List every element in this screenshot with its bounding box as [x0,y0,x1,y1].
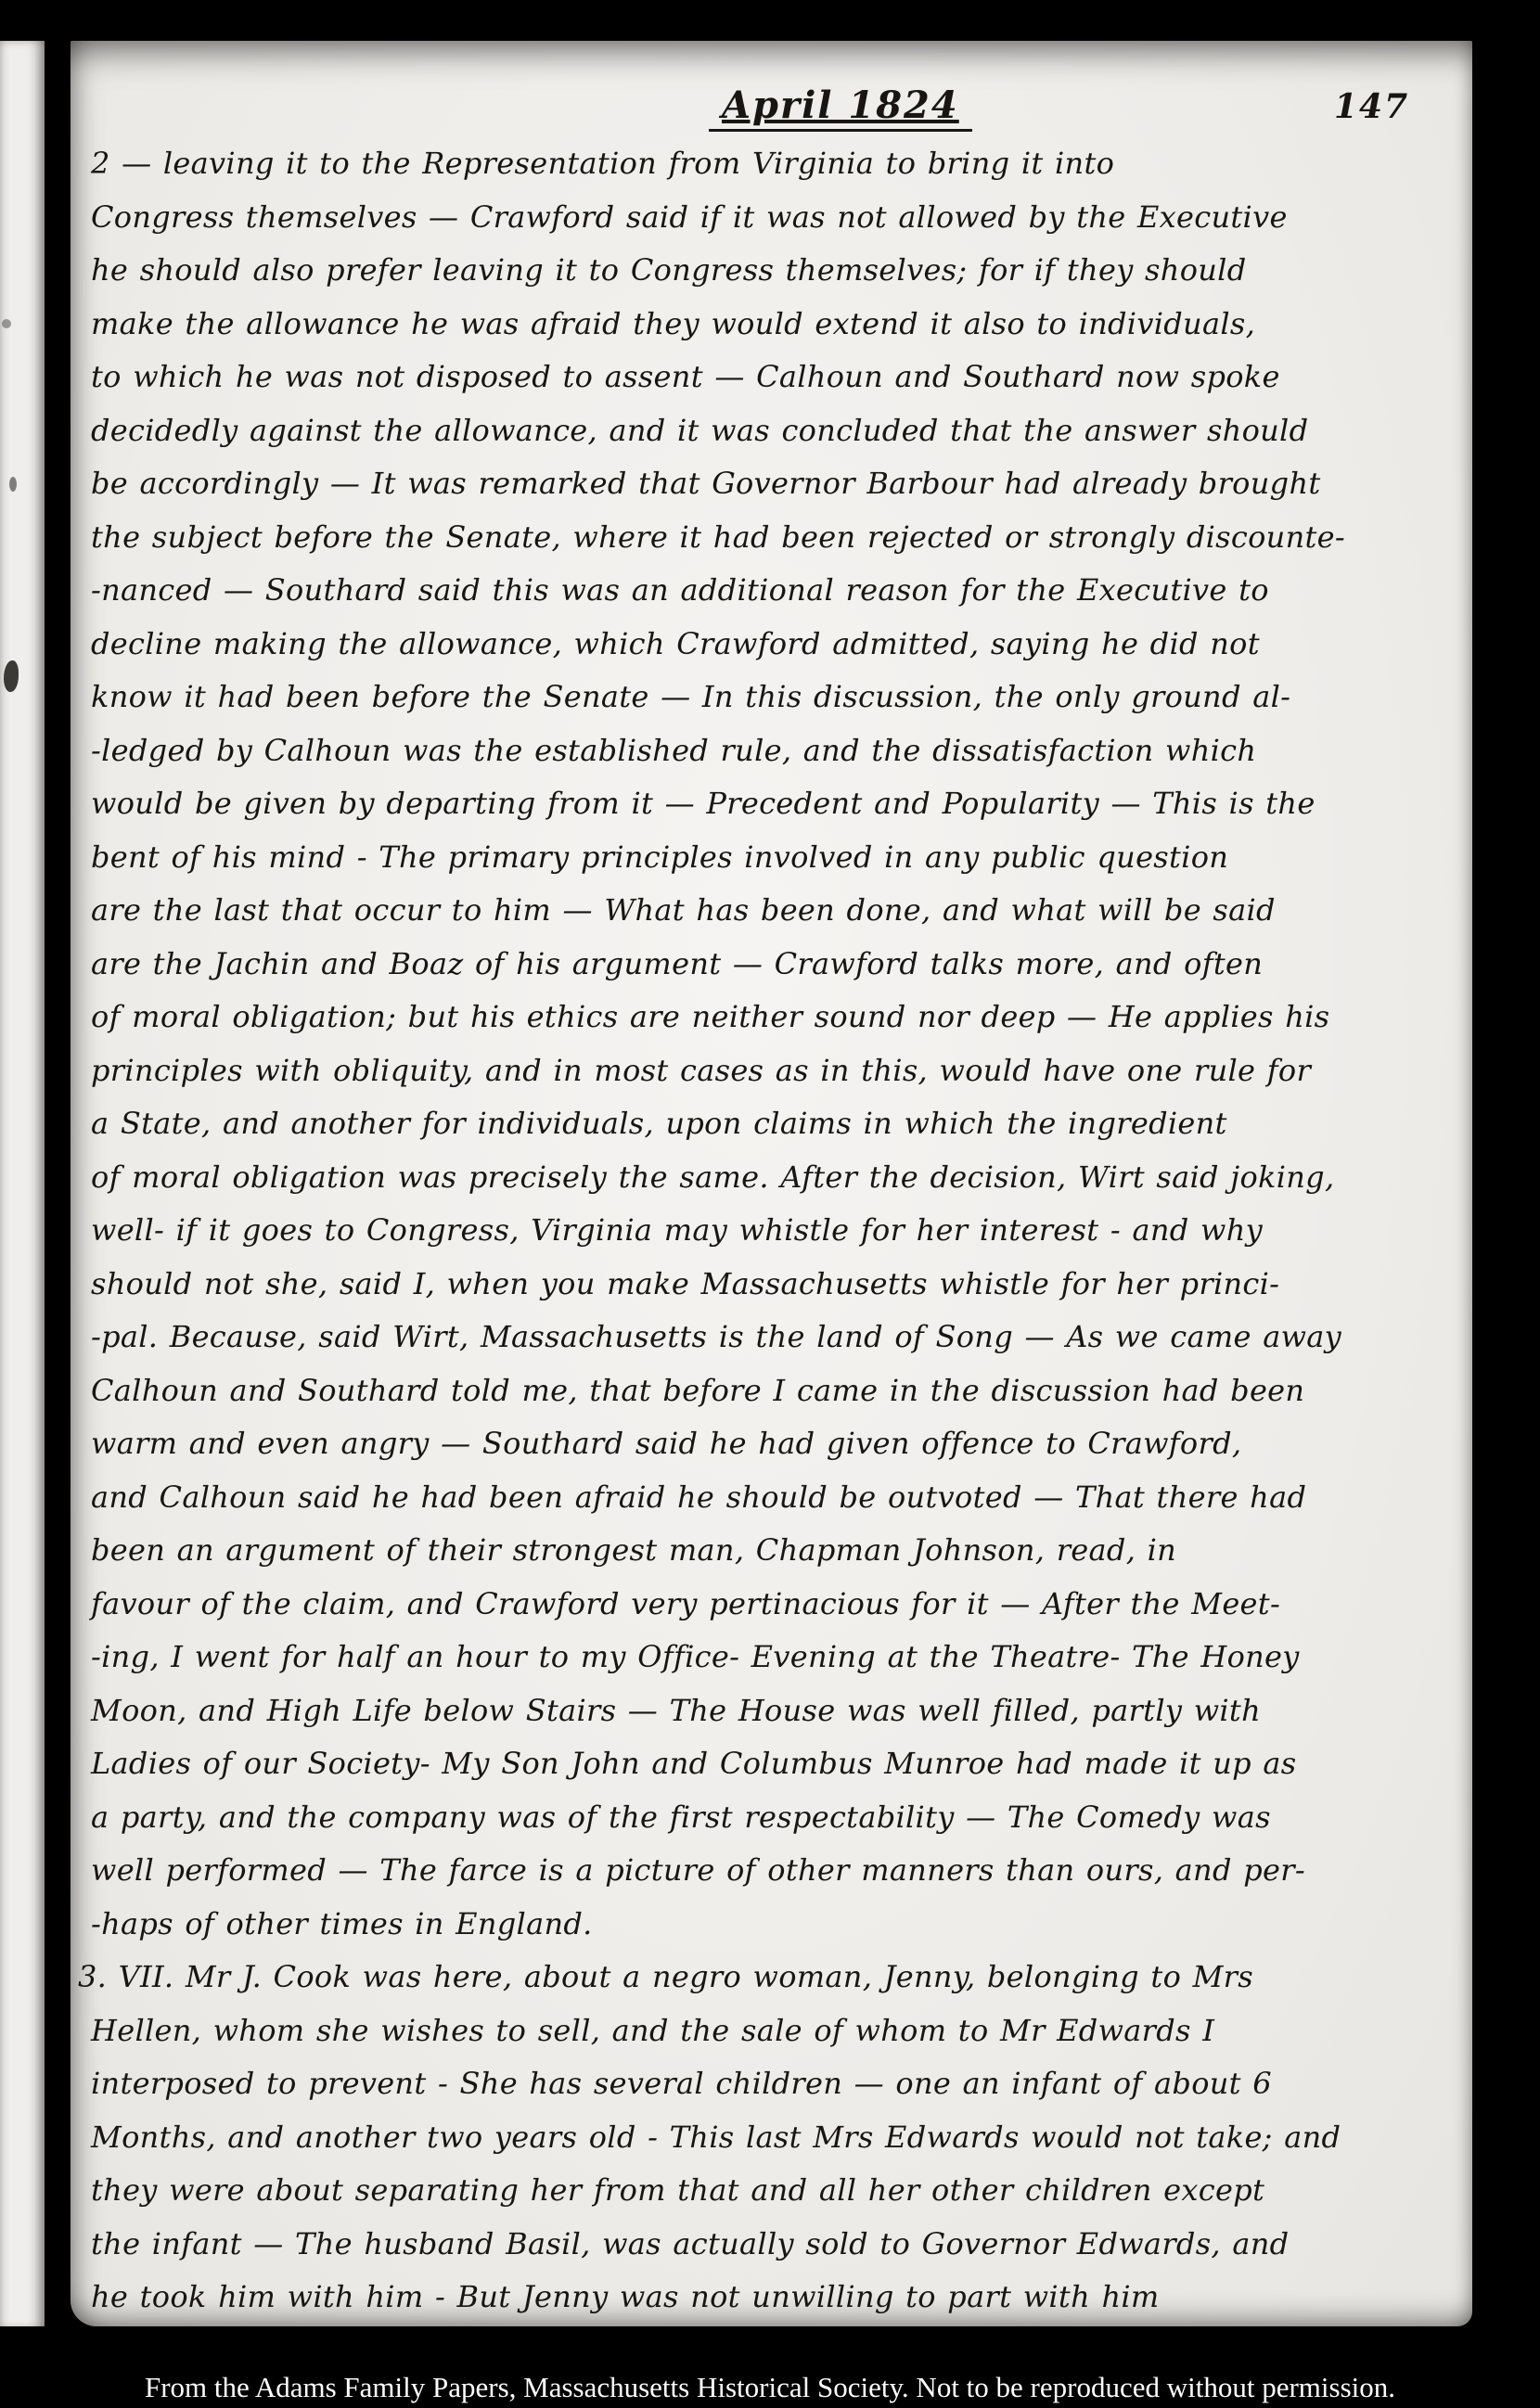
manuscript-line: Calhoun and Southard told me, that befor… [91,1364,1456,1418]
manuscript-line: -ing, I went for half an hour to my Offi… [91,1631,1456,1684]
manuscript-line: -haps of other times in England. [91,1898,1456,1952]
manuscript-scan: April 1824 147 2 — leaving it to the Rep… [0,0,1540,2408]
manuscript-line: bent of his mind - The primary principle… [91,831,1456,885]
manuscript-line: well performed — The farce is a picture … [91,1844,1456,1898]
manuscript-line: Congress themselves — Crawford said if i… [91,191,1456,245]
manuscript-line: would be given by departing from it — Pr… [91,777,1456,831]
ink-smudge [9,477,17,492]
diary-page: April 1824 147 2 — leaving it to the Rep… [71,41,1472,2326]
ink-smudge [4,660,19,692]
manuscript-line: Months, and another two years old - This… [91,2111,1456,2165]
manuscript-line: they were about separating her from that… [91,2164,1456,2218]
page-header-date: April 1824 [709,83,972,132]
manuscript-line: and Calhoun said he had been afraid he s… [91,1471,1456,1525]
manuscript-line: -ledged by Calhoun was the established r… [91,724,1456,778]
manuscript-line: been an argument of their strongest man,… [91,1524,1456,1578]
manuscript-line: a party, and the company was of the firs… [91,1791,1456,1845]
manuscript-line: 2 — leaving it to the Representation fro… [91,137,1456,191]
manuscript-line: know it had been before the Senate — In … [91,671,1456,724]
manuscript-line: Ladies of our Society- My Son John and C… [91,1737,1456,1791]
manuscript-line: Moon, and High Life below Stairs — The H… [91,1684,1456,1738]
manuscript-line: of moral obligation was precisely the sa… [91,1151,1456,1205]
manuscript-line: should not she, said I, when you make Ma… [91,1258,1456,1312]
archive-caption: From the Adams Family Papers, Massachuse… [145,2369,1395,2408]
manuscript-line: well- if it goes to Congress, Virginia m… [91,1204,1456,1258]
manuscript-line: favour of the claim, and Crawford very p… [91,1578,1456,1632]
ink-smudge [2,319,11,328]
manuscript-line: to which he was not disposed to assent —… [91,351,1456,404]
manuscript-line: principles with obliquity, and in most c… [91,1044,1456,1098]
manuscript-line: the subject before the Senate, where it … [91,511,1456,565]
manuscript-line: the infant — The husband Basil, was actu… [91,2218,1456,2272]
manuscript-line: he should also prefer leaving it to Cong… [91,244,1456,298]
manuscript-line: interposed to prevent - She has several … [91,2057,1456,2111]
manuscript-line: make the allowance he was afraid they wo… [91,298,1456,352]
facing-page-edge [0,41,45,2328]
manuscript-line: of moral obligation; but his ethics are … [91,991,1456,1044]
manuscript-line: decline making the allowance, which Craw… [91,618,1456,672]
manuscript-line: be accordingly — It was remarked that Go… [91,457,1456,511]
manuscript-line: -nanced — Southard said this was an addi… [91,564,1456,618]
manuscript-line: 3. VII. Mr J. Cook was here, about a neg… [78,1951,1456,2005]
manuscript-line: -pal. Because, said Wirt, Massachusetts … [91,1311,1456,1364]
manuscript-line: a State, and another for individuals, up… [91,1097,1456,1151]
manuscript-line: Hellen, whom she wishes to sell, and the… [91,2005,1456,2058]
caption-bar: From the Adams Family Papers, Massachuse… [0,2326,1540,2408]
manuscript-line: are the Jachin and Boaz of his argument … [91,938,1456,992]
manuscript-line: decidedly against the allowance, and it … [91,404,1456,458]
manuscript-line: he took him with him - But Jenny was not… [91,2271,1456,2325]
manuscript-line: are the last that occur to him — What ha… [91,884,1456,938]
manuscript-line: warm and even angry — Southard said he h… [91,1417,1456,1471]
manuscript-lines: 2 — leaving it to the Representation fro… [91,137,1456,2325]
page-number: 147 [1334,87,1409,126]
